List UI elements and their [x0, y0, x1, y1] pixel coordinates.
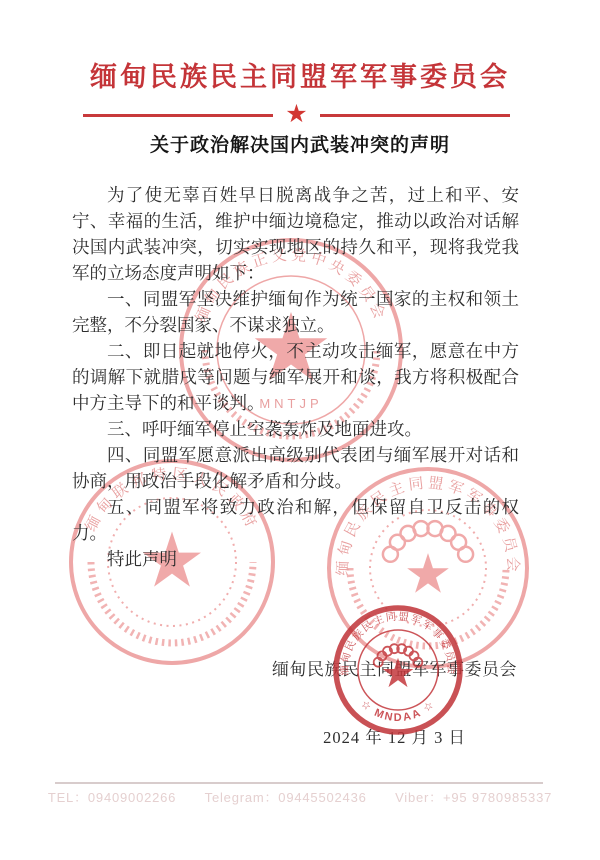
statement-paragraph: 一、同盟军坚决维护缅甸作为统一国家的主权和领土完整，不分裂国家、不谋求独立。 — [72, 286, 519, 338]
footer-contacts: TEL：09409002266 Telegram：09445502436 Vib… — [0, 787, 600, 806]
footer-divider — [55, 782, 543, 784]
statement-paragraph: 二、即日起就地停火，不主动攻击缅军，愿意在中方的调解下就腊戌等问题与缅军展开和谈… — [72, 338, 519, 416]
burmese-script-band — [91, 562, 253, 643]
signature-organization: 缅甸民族民主同盟军军事委员会 — [272, 658, 517, 682]
statement-paragraph: 为了使无辜百姓早日脱离战争之苦，过上和平、安宁、幸福的生活，维护中缅边境稳定，推… — [72, 182, 519, 286]
contact-tel: TEL：09409002266 — [48, 790, 176, 805]
signature-date: 2024 年 12 月 3 日 — [272, 724, 517, 748]
contact-viber: Viber：+95 9780985337 — [395, 790, 552, 805]
divider-line-right — [320, 114, 510, 117]
statement-closing: 特此声明 — [72, 546, 519, 572]
document-page: 缅甸民族正义党中央委员会 MNTJP 缅甸联邦特区人民政府 缅甸民族民主同盟军军… — [0, 0, 600, 860]
statement-paragraph: 三、呼吁缅军停止空袭轰炸及地面进攻。 — [72, 416, 519, 442]
header-divider: ★ — [83, 103, 510, 127]
divider-line-left — [83, 114, 273, 117]
page-title: 缅甸民族民主同盟军军事委员会 — [0, 64, 600, 91]
statement-title: 关于政治解决国内武装冲突的声明 — [0, 135, 600, 157]
statement-paragraph: 四、同盟军愿意派出高级别代表团与缅军展开对话和协商，用政治手段化解矛盾和分歧。 — [72, 442, 519, 494]
signature-block: 缅甸民族民主同盟军军事委员会 2024 年 12 月 3 日 — [272, 658, 517, 748]
statement-body: 为了使无辜百姓早日脱离战争之苦，过上和平、安宁、幸福的生活，维护中缅边境稳定，推… — [72, 182, 519, 572]
statement-paragraph: 五、同盟军将致力政治和解，但保留自卫反击的权力。 — [72, 494, 519, 546]
burmese-script-band — [350, 568, 506, 646]
contact-telegram: Telegram：09445502436 — [205, 790, 367, 805]
red-star-icon: ★ — [285, 102, 307, 127]
